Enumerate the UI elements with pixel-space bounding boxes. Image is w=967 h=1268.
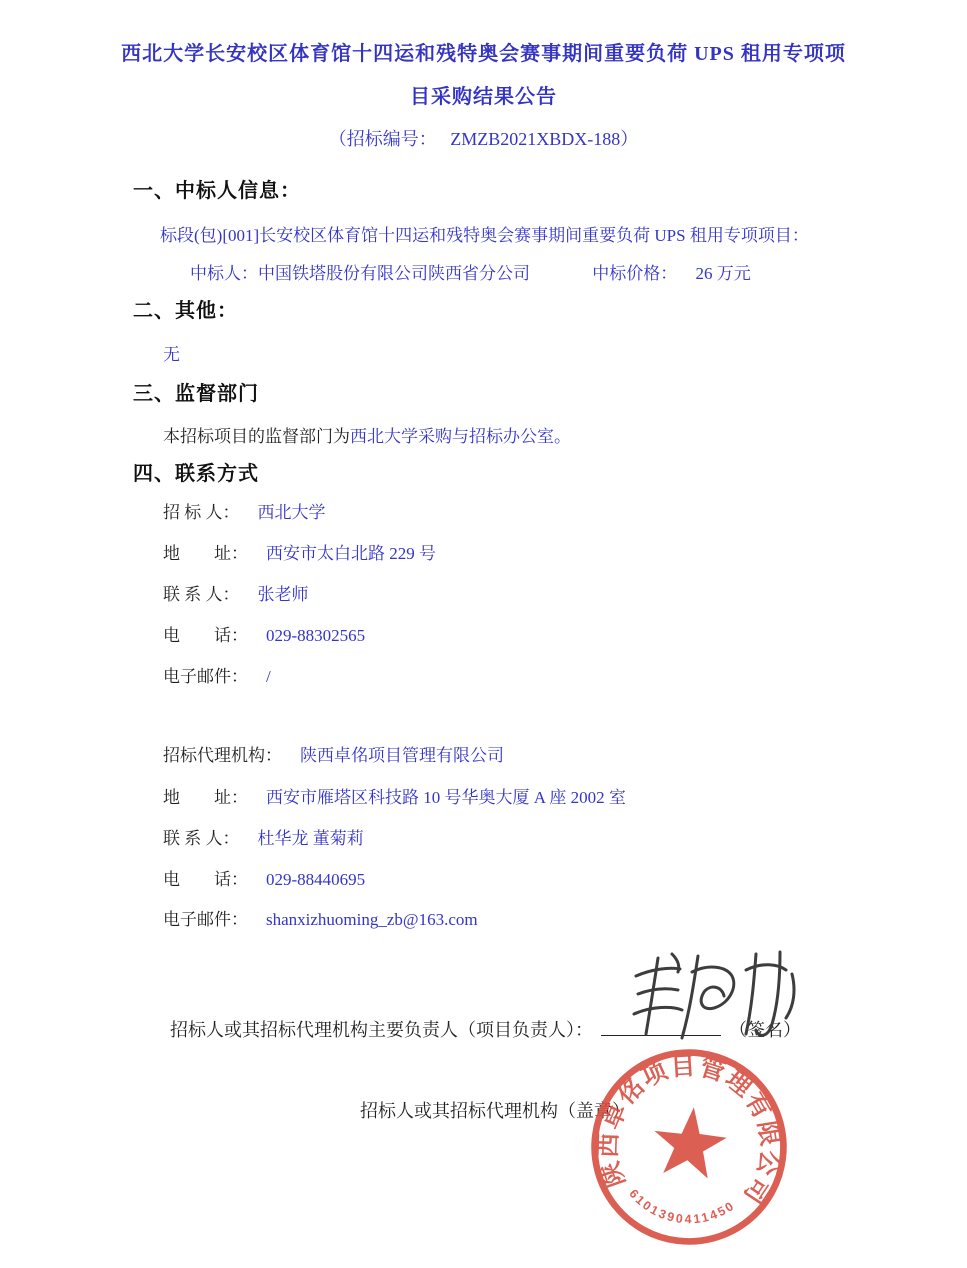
stamp-star-icon — [649, 1103, 729, 1180]
agency-label: 联 系 人： — [163, 829, 240, 848]
section2-heading: 二、其他： — [133, 299, 238, 323]
agency-row: 招标代理机构：陕西卓佲项目管理有限公司 — [163, 744, 504, 768]
announcement-document: 西北大学长安校区体育馆十四运和残特奥会赛事期间重要负荷 UPS 租用专项项 目采… — [0, 0, 967, 1268]
winner-line: 中标人：中国铁塔股份有限公司陕西省分公司 中标价格： 26 万元 — [190, 262, 751, 286]
agency-row: 电 话：029-88440695 — [163, 868, 365, 892]
winner-label: 中标人： — [190, 264, 258, 283]
tenderer-label: 电 话： — [163, 626, 248, 645]
agency-row: 电子邮件：shanxizhuoming_zb@163.com — [163, 908, 478, 932]
tenderer-label: 地 址： — [163, 544, 248, 563]
tenderer-value: 西北大学 — [258, 503, 326, 522]
agency-label: 电子邮件： — [163, 910, 248, 929]
tenderer-label: 联 系 人： — [163, 585, 240, 604]
agency-row: 联 系 人：杜华龙 董菊莉 — [163, 827, 364, 851]
supervision-dept: 西北大学采购与招标办公室。 — [350, 427, 571, 446]
tenderer-label: 电子邮件： — [163, 667, 248, 686]
tenderer-row: 地 址：西安市太白北路 229 号 — [163, 542, 436, 566]
agency-value: 陕西卓佲项目管理有限公司 — [300, 746, 504, 765]
other-content: 无 — [163, 343, 180, 367]
tenderer-row: 招 标 人：西北大学 — [163, 501, 326, 525]
tenderer-label: 招 标 人： — [163, 503, 240, 522]
supervision-line: 本招标项目的监督部门为西北大学采购与招标办公室。 — [163, 425, 571, 449]
tenderer-value: 西安市太白北路 229 号 — [266, 544, 436, 563]
agency-value: shanxizhuoming_zb@163.com — [266, 910, 478, 929]
principal-label: 招标人或其招标代理机构主要负责人（项目负责人）： — [170, 1020, 593, 1040]
lot-line: 标段(包)[001]长安校区体育馆十四运和残特奥会赛事期间重要负荷 UPS 租用… — [160, 224, 809, 248]
tenderer-value: 张老师 — [258, 585, 309, 604]
supervision-prefix: 本招标项目的监督部门为 — [163, 427, 350, 446]
agency-label: 地 址： — [163, 788, 248, 807]
winner-name: 中国铁塔股份有限公司陕西省分公司 — [258, 264, 530, 283]
document-title-line1: 西北大学长安校区体育馆十四运和残特奥会赛事期间重要负荷 UPS 租用专项项 — [0, 42, 967, 66]
section4-heading: 四、联系方式 — [133, 462, 259, 486]
tenderer-value: 029-88302565 — [266, 626, 365, 645]
agency-label: 招标代理机构： — [163, 746, 282, 765]
handwritten-signature — [628, 946, 808, 1046]
price-label: 中标价格： — [592, 264, 677, 283]
tenderer-row: 联 系 人：张老师 — [163, 583, 309, 607]
company-seal-stamp: 陕西卓佲项目管理有限公司 6101390411450 — [586, 1044, 792, 1250]
tenderer-value: / — [266, 667, 271, 686]
agency-row: 地 址：西安市雁塔区科技路 10 号华奥大厦 A 座 2002 室 — [163, 786, 626, 810]
document-title-line2: 目采购结果公告 — [0, 85, 967, 109]
agency-value: 杜华龙 董菊莉 — [258, 829, 364, 848]
section1-heading: 一、中标人信息： — [133, 179, 301, 203]
section3-heading: 三、监督部门 — [133, 382, 259, 406]
tenderer-row: 电 话：029-88302565 — [163, 624, 365, 648]
agency-label: 电 话： — [163, 870, 248, 889]
agency-value: 西安市雁塔区科技路 10 号华奥大厦 A 座 2002 室 — [266, 788, 626, 807]
tender-number: （招标编号： ZMZB2021XBDX-188） — [0, 127, 967, 151]
tenderer-row: 电子邮件：/ — [163, 665, 271, 689]
agency-value: 029-88440695 — [266, 870, 365, 889]
price-value: 26 万元 — [696, 264, 751, 283]
